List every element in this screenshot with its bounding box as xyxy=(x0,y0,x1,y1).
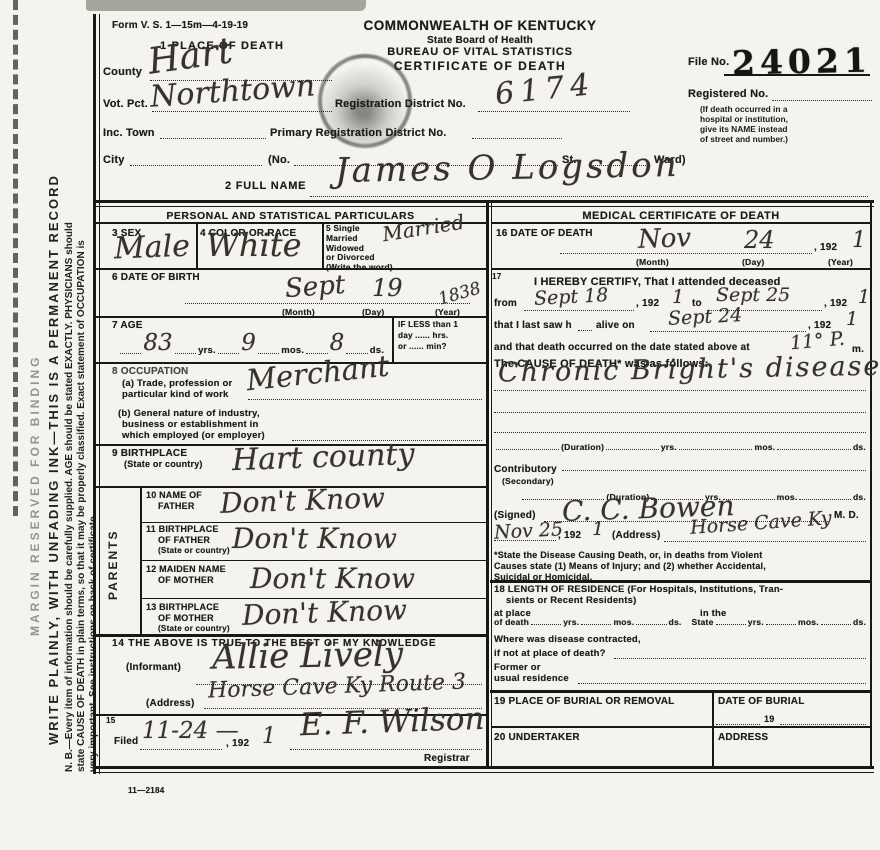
rule xyxy=(578,330,592,331)
year-caption: (Year) xyxy=(828,257,853,267)
occupation-a-line-1: (a) Trade, profession or xyxy=(122,378,232,389)
death-time-value: 11° P. xyxy=(789,328,845,355)
rule xyxy=(95,268,486,270)
father-birthplace-label-3: (State or country) xyxy=(158,546,230,555)
day-caption: (Day) xyxy=(362,307,385,317)
residence-duration-row: of death yrs. mos. ds. State yrs. mos. d… xyxy=(494,614,866,627)
yrs-label: yrs. xyxy=(563,617,579,627)
county-label: County xyxy=(103,66,142,78)
inc-town-label: Inc. Town xyxy=(103,127,155,139)
yrs-label: yrs. xyxy=(661,442,677,452)
mos-label: mos. xyxy=(281,345,304,356)
nb-note-line-1: N. B.—Every item of information should b… xyxy=(64,50,75,772)
occupation-a-line-2: particular kind of work xyxy=(122,389,228,400)
place-of-burial-label: 19 PLACE OF BURIAL OR REMOVAL xyxy=(494,696,674,707)
death-day-value: 24 xyxy=(744,226,775,254)
age-days-value: 8 xyxy=(330,330,345,356)
filed-date-value: 11-24 — xyxy=(142,718,239,744)
rule xyxy=(716,624,746,625)
hospital-note-line: hospital or institution, xyxy=(700,114,874,124)
to-year-printed: , 192 xyxy=(824,298,847,309)
rule xyxy=(175,353,196,354)
if-less-line-3: or ...... min? xyxy=(398,342,447,351)
filed-label: Filed xyxy=(114,736,138,747)
yrs-label: yrs. xyxy=(198,345,216,356)
undertaker-label: 20 UNDERTAKER xyxy=(494,732,580,743)
occupation-label: 8 OCCUPATION xyxy=(112,366,188,377)
death-year-printed: , 192 xyxy=(814,242,837,253)
rule xyxy=(93,200,874,203)
attended-from-value: Sept 18 xyxy=(533,284,608,310)
yrs-label: yrs. xyxy=(748,617,764,627)
mother-name-label-1: 12 MAIDEN NAME xyxy=(146,564,226,574)
father-birthplace-label-1: 11 BIRTHPLACE xyxy=(146,524,219,534)
mos-label: mos. xyxy=(798,617,819,627)
rule xyxy=(716,724,760,725)
rule xyxy=(870,200,872,766)
rule xyxy=(472,138,562,139)
mother-birthplace-label-3: (State or country) xyxy=(158,624,230,633)
rule xyxy=(780,724,866,725)
hospital-note-line: give its NAME instead xyxy=(700,124,874,134)
date-of-death-label: 16 DATE OF DEATH xyxy=(496,228,593,239)
rule xyxy=(196,224,198,268)
father-name-value: Don't Know xyxy=(219,481,385,520)
if-less-line-1: IF LESS than 1 xyxy=(398,320,458,329)
rule xyxy=(140,560,486,561)
mother-birthplace-label-2: OF MOTHER xyxy=(158,613,214,623)
rule xyxy=(766,624,796,625)
death-year-digit: 1 xyxy=(852,228,866,253)
rule xyxy=(491,200,492,766)
parents-label: PARENTS xyxy=(106,505,120,625)
rule xyxy=(606,449,659,450)
rule xyxy=(531,624,561,625)
rule xyxy=(120,353,141,354)
write-plainly-note: WRITE PLAINLY, WITH UNFADING INK—THIS IS… xyxy=(46,150,61,770)
dob-day-value: 19 xyxy=(372,274,403,302)
rule xyxy=(322,224,324,268)
hospital-note-line: (If death occurred in a xyxy=(700,104,874,114)
rule xyxy=(494,390,866,391)
age-months-value: 9 xyxy=(241,330,256,356)
filed-year-printed: , 192 xyxy=(226,738,249,749)
birthplace-label: 9 BIRTHPLACE xyxy=(112,448,187,459)
rule xyxy=(258,353,279,354)
usual-residence-label: usual residence xyxy=(494,673,569,684)
rule xyxy=(492,726,870,728)
city-no-label: (No. xyxy=(268,154,290,166)
ds-label: ds. xyxy=(853,442,866,452)
from-label: from xyxy=(494,298,517,309)
secondary-label: (Secondary) xyxy=(502,476,554,486)
signed-year-printed: , 192 xyxy=(558,530,581,541)
rule xyxy=(248,399,482,400)
from-year-digit: 1 xyxy=(672,286,684,308)
cause-of-death-value: Chronic Bright's disease; xyxy=(498,351,880,389)
nb-note-line-2: state CAUSE OF DEATH in plain terms, so … xyxy=(76,50,87,772)
father-name-label-2: FATHER xyxy=(158,501,195,511)
registration-district-value: 6174 xyxy=(493,67,596,112)
rule xyxy=(160,138,266,139)
rule xyxy=(560,253,812,254)
duration-row-1: (Duration) yrs. mos. ds. xyxy=(494,438,866,452)
month-caption: (Month) xyxy=(636,257,669,267)
rule xyxy=(679,449,753,450)
mother-birthplace-value: Don't Know xyxy=(241,593,407,632)
state-label: State xyxy=(692,617,714,627)
if-not-label: if not at place of death? xyxy=(494,648,606,659)
mos-label: mos. xyxy=(754,442,775,452)
rule xyxy=(490,580,870,583)
rule xyxy=(494,432,866,433)
rule xyxy=(614,658,866,659)
rule xyxy=(93,766,874,769)
dob-month-value: Sept xyxy=(284,270,346,304)
rule xyxy=(777,449,851,450)
informant-label: (Informant) xyxy=(126,662,181,673)
rule xyxy=(581,624,611,625)
duration-label: (Duration) xyxy=(561,442,604,452)
rule xyxy=(496,449,559,450)
rule xyxy=(650,331,806,332)
of-death-label: of death xyxy=(494,617,529,627)
ds-label: ds. xyxy=(669,617,682,627)
rule xyxy=(636,624,666,625)
rule xyxy=(218,353,239,354)
death-occurred-text: and that death occurred on the date stat… xyxy=(494,342,750,353)
rule xyxy=(578,683,866,684)
death-certificate-scan: MARGIN RESERVED FOR BINDING WRITE PLAINL… xyxy=(0,0,880,850)
rule xyxy=(524,310,634,311)
occupation-b-line-1: (b) General nature of industry, xyxy=(118,408,260,419)
commonwealth-title: COMMONWEALTH OF KENTUCKY xyxy=(345,18,615,33)
rule xyxy=(392,316,394,362)
full-name-label: 2 FULL NAME xyxy=(225,180,306,192)
state-board-subtitle: State Board of Health xyxy=(345,35,615,46)
physician-address-label: (Address) xyxy=(612,530,660,541)
burial-year-printed: 19 xyxy=(764,714,774,724)
full-name-value: James O Logsdon xyxy=(335,145,680,191)
race-value: White xyxy=(206,226,302,264)
father-birthplace-value: Don't Know xyxy=(232,522,397,555)
residence-label-line-1: 18 LENGTH OF RESIDENCE (For Hospitals, I… xyxy=(494,584,783,595)
month-caption: (Month) xyxy=(282,307,315,317)
rule xyxy=(772,100,872,101)
filed-item-number: 15 xyxy=(106,716,116,725)
ds-label: ds. xyxy=(853,617,866,627)
age-row: 83 yrs. 9 mos. 8 ds. xyxy=(118,326,384,356)
attended-to-value: Sept 25 xyxy=(716,284,790,306)
rule xyxy=(486,200,489,766)
undertaker-address-label: ADDRESS xyxy=(718,732,768,743)
occupation-b-line-3: which employed (or employer) xyxy=(122,430,265,441)
mother-name-value: Don't Know xyxy=(250,562,415,595)
certify-item-number: 17 xyxy=(492,272,502,281)
registered-no-label: Registered No. xyxy=(688,88,768,100)
residence-label-line-2: sients or Recent Residents) xyxy=(506,595,637,606)
rule xyxy=(310,196,868,197)
rule xyxy=(799,499,851,500)
informant-address-label: (Address) xyxy=(146,698,194,709)
rule xyxy=(93,14,96,774)
file-no-stamp: 24021 xyxy=(732,41,873,83)
if-less-line-2: day ...... hrs. xyxy=(398,331,448,340)
ds-label: ds. xyxy=(853,492,866,502)
rule xyxy=(562,470,866,471)
birthplace-value: Hart county xyxy=(231,437,415,478)
informant-value: Allie Lively xyxy=(212,634,404,677)
father-name-label-1: 10 NAME OF xyxy=(146,490,202,500)
registrar-label: Registrar xyxy=(424,753,470,764)
dob-year-value: 1838 xyxy=(436,278,483,309)
bureau-subtitle: BUREAU OF VITAL STATISTICS xyxy=(345,46,615,58)
last-saw-date-value: Sept 24 xyxy=(667,304,742,330)
dob-label: 6 DATE OF BIRTH xyxy=(112,272,200,283)
rule xyxy=(821,624,851,625)
cause-footnote-line-1: *State the Disease Causing Death, or, in… xyxy=(494,550,762,560)
from-year-printed: , 192 xyxy=(636,298,659,309)
year-caption: (Year) xyxy=(435,307,460,317)
last-saw-year-digit: 1 xyxy=(846,308,858,330)
form-number: Form V. S. 1—15m—4-19-19 xyxy=(112,20,248,31)
medical-section-title: MEDICAL CERTIFICATE OF DEATH xyxy=(492,210,870,222)
filed-year-digit: 1 xyxy=(262,724,276,749)
hospital-note-line: of street and number.) xyxy=(700,134,874,144)
vot-pct-label: Vot. Pct. xyxy=(103,98,148,110)
to-year-digit: 1 xyxy=(858,286,870,308)
rule xyxy=(185,303,470,304)
date-of-burial-label: DATE OF BURIAL xyxy=(718,696,805,707)
former-label: Former or xyxy=(494,662,541,673)
torn-edge xyxy=(86,0,366,11)
sex-value: Male xyxy=(113,229,190,267)
signed-year-digit: 1 xyxy=(592,518,604,540)
rule xyxy=(130,165,262,166)
md-label: M. D. xyxy=(834,510,859,521)
mos-label: mos. xyxy=(777,492,798,502)
file-no-label: File No. xyxy=(688,56,729,68)
rule xyxy=(306,353,327,354)
where-contracted-label: Where was disease contracted, xyxy=(494,634,641,645)
day-caption: (Day) xyxy=(742,257,765,267)
occupation-b-line-2: business or establishment in xyxy=(122,419,259,430)
death-month-value: Nov xyxy=(637,223,691,255)
rule xyxy=(140,749,222,750)
hospital-note: (If death occurred in a hospital or inst… xyxy=(700,104,874,144)
last-saw-text: that I last saw h xyxy=(494,320,572,331)
rule xyxy=(93,206,874,207)
primary-district-label: Primary Registration District No. xyxy=(270,127,447,139)
registrar-signature: E. F. Wilson xyxy=(299,701,485,743)
age-years-value: 83 xyxy=(143,330,172,356)
rule xyxy=(93,772,874,773)
rule xyxy=(712,690,714,766)
contributory-label: Contributory xyxy=(494,464,557,475)
alive-on-text: alive on xyxy=(596,320,635,331)
father-birthplace-label-2: OF FATHER xyxy=(158,535,210,545)
mother-birthplace-label-1: 13 BIRTHPLACE xyxy=(146,602,219,612)
rule xyxy=(490,690,870,693)
rule xyxy=(99,14,100,774)
city-label: City xyxy=(103,154,125,166)
print-code: 11—2184 xyxy=(128,786,164,795)
rule xyxy=(290,749,482,750)
rule xyxy=(664,541,866,542)
rule xyxy=(492,268,870,270)
mother-name-label-2: OF MOTHER xyxy=(158,575,214,585)
rule xyxy=(494,540,556,541)
binding-dashes xyxy=(13,0,18,516)
mos-label: mos. xyxy=(613,617,634,627)
cause-footnote-line-2: Causes state (1) Means of Injury; and (2… xyxy=(494,561,766,571)
rule xyxy=(494,412,866,413)
birthplace-sublabel: (State or country) xyxy=(124,459,203,469)
binding-note: MARGIN RESERVED FOR BINDING xyxy=(28,330,42,660)
